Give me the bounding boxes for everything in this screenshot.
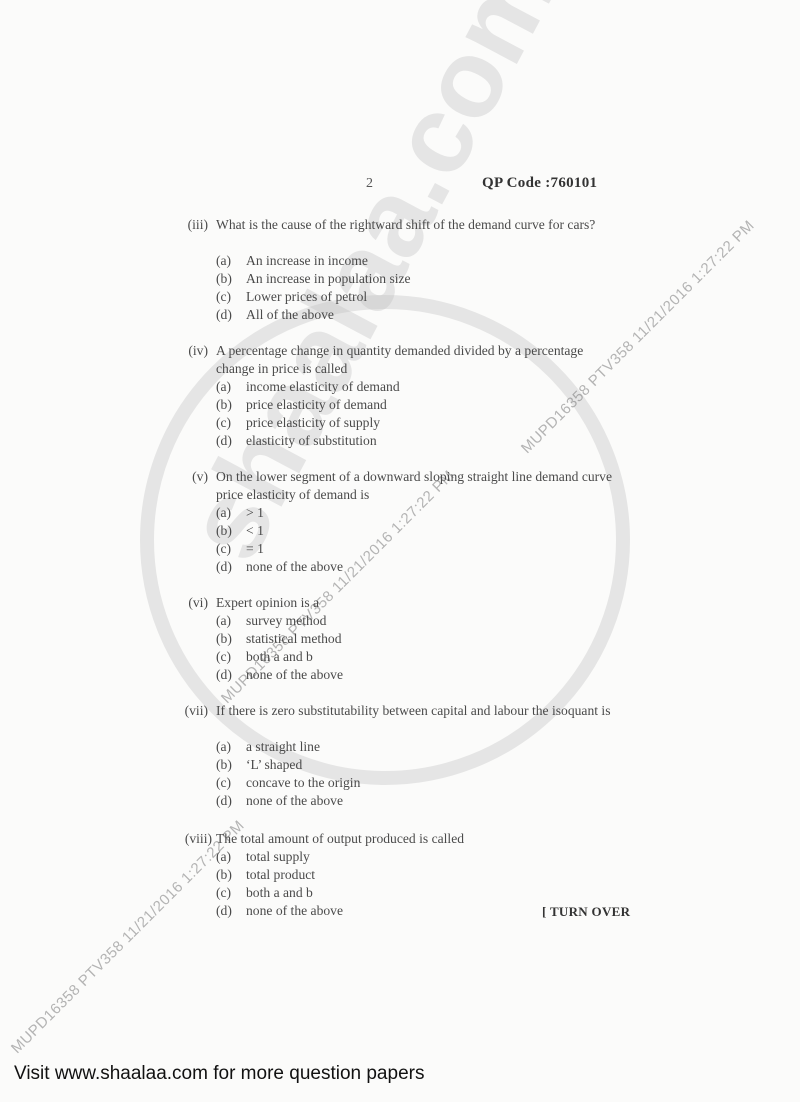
option-label: (d)	[216, 666, 246, 684]
answer-option: (b)statistical method	[216, 630, 342, 648]
option-label: (c)	[216, 414, 246, 432]
option-text: none of the above	[246, 903, 343, 918]
answer-option: (d)none of the above	[216, 666, 343, 684]
question-number: (iii)	[168, 216, 208, 234]
answer-option: (a)a straight line	[216, 738, 320, 756]
option-text: total product	[246, 867, 315, 882]
option-label: (c)	[216, 288, 246, 306]
option-label: (a)	[216, 252, 246, 270]
option-text: total supply	[246, 849, 310, 864]
question-text: Expert opinion is a	[216, 594, 616, 612]
answer-option: (d)none of the above	[216, 792, 343, 810]
option-label: (d)	[216, 558, 246, 576]
option-text: none of the above	[246, 793, 343, 808]
answer-option: (c)= 1	[216, 540, 264, 558]
question-text: The total amount of output produced is c…	[216, 830, 616, 848]
answer-option: (d)none of the above	[216, 902, 343, 920]
option-label: (a)	[216, 612, 246, 630]
answer-option: (c)both a and b	[216, 884, 313, 902]
footer-link[interactable]: Visit www.shaalaa.com for more question …	[14, 1063, 424, 1085]
watermark-stamp: MUPD16358 PTV358 11/21/2016 1:27:22 PM	[518, 217, 758, 457]
option-label: (b)	[216, 522, 246, 540]
option-text: elasticity of substitution	[246, 433, 377, 448]
question-text: If there is zero substitutability betwee…	[216, 702, 616, 720]
option-text: survey method	[246, 613, 326, 628]
question-number: (viii)	[172, 830, 212, 848]
option-label: (b)	[216, 866, 246, 884]
answer-option: (a)> 1	[216, 504, 264, 522]
option-label: (c)	[216, 774, 246, 792]
question-number: (iv)	[168, 342, 208, 360]
option-label: (c)	[216, 648, 246, 666]
option-text: price elasticity of demand	[246, 397, 387, 412]
option-text: An increase in population size	[246, 271, 411, 286]
question-text: What is the cause of the rightward shift…	[216, 216, 616, 234]
page-number: 2	[366, 176, 373, 192]
qp-code: QP Code :760101	[482, 175, 597, 192]
answer-option: (d)none of the above	[216, 558, 343, 576]
answer-option: (c)price elasticity of supply	[216, 414, 380, 432]
answer-option: (b)price elasticity of demand	[216, 396, 387, 414]
option-label: (d)	[216, 902, 246, 920]
answer-option: (c)both a and b	[216, 648, 313, 666]
option-label: (c)	[216, 540, 246, 558]
answer-option: (a)An increase in income	[216, 252, 368, 270]
option-label: (b)	[216, 396, 246, 414]
option-text: income elasticity of demand	[246, 379, 400, 394]
answer-option: (b)< 1	[216, 522, 264, 540]
option-text: ‘L’ shaped	[246, 757, 302, 772]
option-text: both a and b	[246, 649, 313, 664]
answer-option: (a)total supply	[216, 848, 310, 866]
question-number: (vi)	[168, 594, 208, 612]
answer-option: (a)survey method	[216, 612, 326, 630]
answer-option: (b)total product	[216, 866, 315, 884]
watermark-stamp: MUPD16358 PTV358 11/21/2016 1:27:22 PM	[8, 817, 248, 1057]
question-text: On the lower segment of a downward slopi…	[216, 468, 616, 504]
answer-option: (b)An increase in population size	[216, 270, 411, 288]
option-label: (c)	[216, 884, 246, 902]
option-text: = 1	[246, 541, 264, 556]
option-text: > 1	[246, 505, 264, 520]
option-label: (a)	[216, 738, 246, 756]
option-text: All of the above	[246, 307, 334, 322]
option-text: both a and b	[246, 885, 313, 900]
answer-option: (b)‘L’ shaped	[216, 756, 302, 774]
turn-over-note: [ TURN OVER	[542, 904, 630, 920]
option-label: (a)	[216, 504, 246, 522]
option-label: (d)	[216, 432, 246, 450]
option-text: none of the above	[246, 559, 343, 574]
answer-option: (d)elasticity of substitution	[216, 432, 377, 450]
question-text: A percentage change in quantity demanded…	[216, 342, 616, 378]
option-text: a straight line	[246, 739, 320, 754]
option-label: (d)	[216, 306, 246, 324]
option-text: An increase in income	[246, 253, 368, 268]
option-label: (b)	[216, 270, 246, 288]
answer-option: (c)concave to the origin	[216, 774, 360, 792]
option-text: concave to the origin	[246, 775, 360, 790]
option-text: statistical method	[246, 631, 342, 646]
option-label: (a)	[216, 378, 246, 396]
answer-option: (a)income elasticity of demand	[216, 378, 400, 396]
option-text: price elasticity of supply	[246, 415, 380, 430]
option-label: (b)	[216, 630, 246, 648]
option-label: (b)	[216, 756, 246, 774]
option-label: (a)	[216, 848, 246, 866]
option-text: Lower prices of petrol	[246, 289, 367, 304]
option-text: none of the above	[246, 667, 343, 682]
option-text: < 1	[246, 523, 264, 538]
question-number: (vii)	[168, 702, 208, 720]
answer-option: (d)All of the above	[216, 306, 334, 324]
option-label: (d)	[216, 792, 246, 810]
answer-option: (c)Lower prices of petrol	[216, 288, 367, 306]
question-number: (v)	[168, 468, 208, 486]
